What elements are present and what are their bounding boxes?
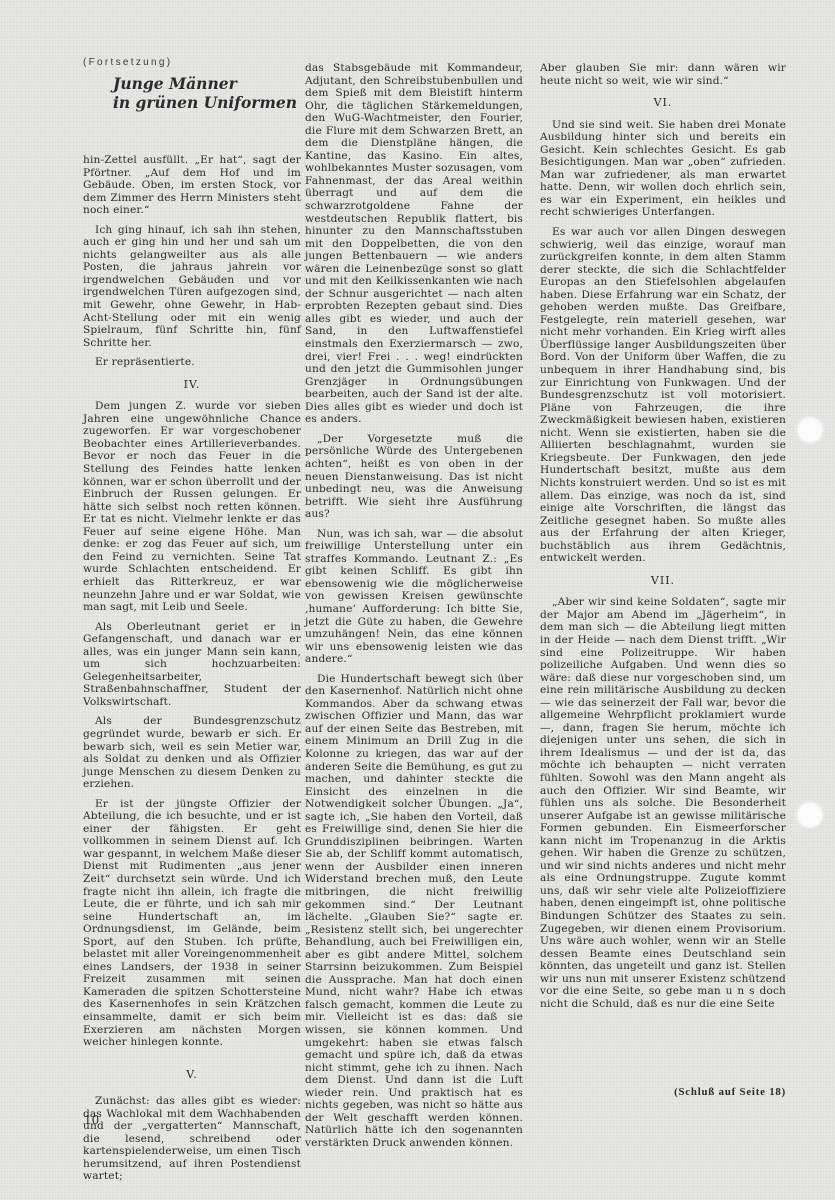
paragraph: das Stabsgebäude mit Kommandeur, Adjutan… (305, 62, 523, 426)
article-title: Junge Männer in grünen Uniformen (113, 74, 301, 112)
paragraph: Ich ging hinauf, ich sah ihn stehen, auc… (83, 224, 301, 349)
paragraph: „Der Vorgesetzte muß die persönliche Wür… (305, 433, 523, 521)
paragraph: Er repräsentierte. (83, 356, 301, 369)
paragraph: Nun, was ich sah, war — die absolut frei… (305, 528, 523, 666)
article-header: (Fortsetzung) Junge Männer in grünen Uni… (83, 57, 301, 112)
paragraph: Und sie sind weit. Sie haben drei Monate… (540, 119, 786, 219)
paragraph: Er ist der jüngste Offizier der Abteilun… (83, 798, 301, 1049)
section-heading-vii: VII. (540, 575, 786, 588)
section-heading-vi: VI. (540, 97, 786, 110)
paragraph: Die Hundertschaft bewegt sich über den K… (305, 673, 523, 1150)
paragraph: Als Oberleutnant geriet er in Gefangensc… (83, 621, 301, 709)
article-title-line-1: Junge Männer (113, 74, 301, 93)
continued-on-page-note: (Schluß auf Seite 18) (540, 1086, 786, 1098)
section-heading-iv: IV. (83, 379, 301, 392)
paragraph: Aber glauben Sie mir: dann wären wir heu… (540, 62, 786, 87)
paragraph: Dem jungen Z. wurde vor sieben Jahren ei… (83, 400, 301, 613)
paragraph: hin-Zettel ausfüllt. „Er hat“, sagt der … (83, 154, 301, 217)
page-number: 10 (84, 1113, 99, 1127)
paragraph: „Aber wir sind keine Soldaten“, sagte mi… (540, 596, 786, 1010)
paragraph: Zunächst: das alles gibt es wieder: das … (83, 1095, 301, 1183)
continuation-label: (Fortsetzung) (83, 57, 301, 68)
paragraph: Als der Bundesgrenzschutz gegründet wurd… (83, 715, 301, 790)
text-column-3: Aber glauben Sie mir: dann wären wir heu… (540, 62, 786, 1017)
punch-hole (798, 418, 822, 442)
text-column-2: das Stabsgebäude mit Kommandeur, Adjutan… (305, 62, 523, 1156)
article-title-line-2: in grünen Uniformen (113, 93, 301, 112)
paragraph: Es war auch vor allen Dingen deswegen sc… (540, 226, 786, 565)
text-column-1: hin-Zettel ausfüllt. „Er hat“, sagt der … (83, 154, 301, 1190)
section-heading-v: V. (83, 1069, 301, 1082)
punch-hole (798, 803, 822, 827)
